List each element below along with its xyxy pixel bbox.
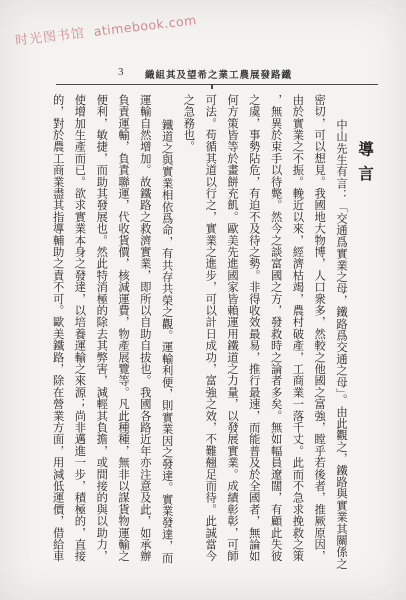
text-column: 密切，可以想見。我國地大物博，人口衆多，然較之他國之富強，瞠乎若後者，推厥原因，: [307, 94, 329, 583]
text-column: 鐵道之與實業相依爲命，有共存共榮之觀。運輸利便，則實業因之發達。實業發達，而: [155, 94, 177, 583]
watermark-site-name: 时光图书馆: [14, 26, 85, 49]
text-column: 何方策皆等於畫餅充飢。歐美先進國家皆賴運用鐵道之力量，以發展實業。成績彰彰，可師: [220, 94, 242, 583]
text-column: 便利，敏捷，而助其發展也。然此特消極的除去其弊害，減輕其負擔，或間接的與以助力，: [89, 94, 111, 583]
text-column: 的，對於農工商業盡其指導輔助之責不可。歐美鐵路，除在營業方面，用減低運價，借給車: [46, 94, 68, 583]
watermark-site-url: atimebook.com: [93, 12, 198, 39]
text-column: 之虞，事勢阽危，有迫不及待之勢。非得收效最易，推行最速，而能普及於全國者，無論如: [242, 94, 264, 583]
header-rule: [56, 84, 378, 85]
text-column: 運輸自然增加。故鐵路之救濟實業，即所以自助自拔也。我國各路近年亦注意及此，如承辦: [133, 94, 155, 583]
site-watermark: 时光图书馆atimebook.com: [14, 9, 198, 49]
text-column: 使增加生產而已。欲求實業本身之發達，以培養運輸之來源；尚非邁進一步，積極的，直接: [68, 94, 90, 583]
running-head-title: 織組其及望希之業工農展發路鐵: [145, 67, 279, 81]
header-rule-tick: [211, 85, 213, 89]
text-column: 負責運輸，負責聯運，代收貨價，核減運費，物產展覽等。凡此種種，無非以謀貨物運輸之: [111, 94, 133, 583]
text-column: 中山先生有言：「交通爲實業之母，鐵路爲交通之母」。由此觀之，鐵路與實業其關係之: [329, 94, 351, 583]
body-text: 導言 中山先生有言：「交通爲實業之母，鐵路爲交通之母」。由此觀之，鐵路與實業其關…: [46, 94, 378, 583]
scanned-book-page: 时光图书馆atimebook.com 3 織組其及望希之業工農展發路鐵 導言 中…: [0, 0, 406, 600]
text-column: ，無異於束手以待斃。然今之談富國之方，發救時之論者多矣。無如幅員遼闊，有顧此失彼: [264, 94, 286, 583]
text-column: 之急務也。: [177, 94, 199, 583]
text-column: 可法。苟循其道以行之，實業之進步，可以計日成功，富強之效，不難翹足而待。此誠當今: [198, 94, 220, 583]
chapter-title: 導言: [351, 94, 378, 583]
page-number: 3: [118, 66, 124, 78]
text-column: 由於實業之不振。輓近以來，經濟枯竭，農村破產，工商業一落千丈。此而不急求挽救之策: [286, 94, 308, 583]
